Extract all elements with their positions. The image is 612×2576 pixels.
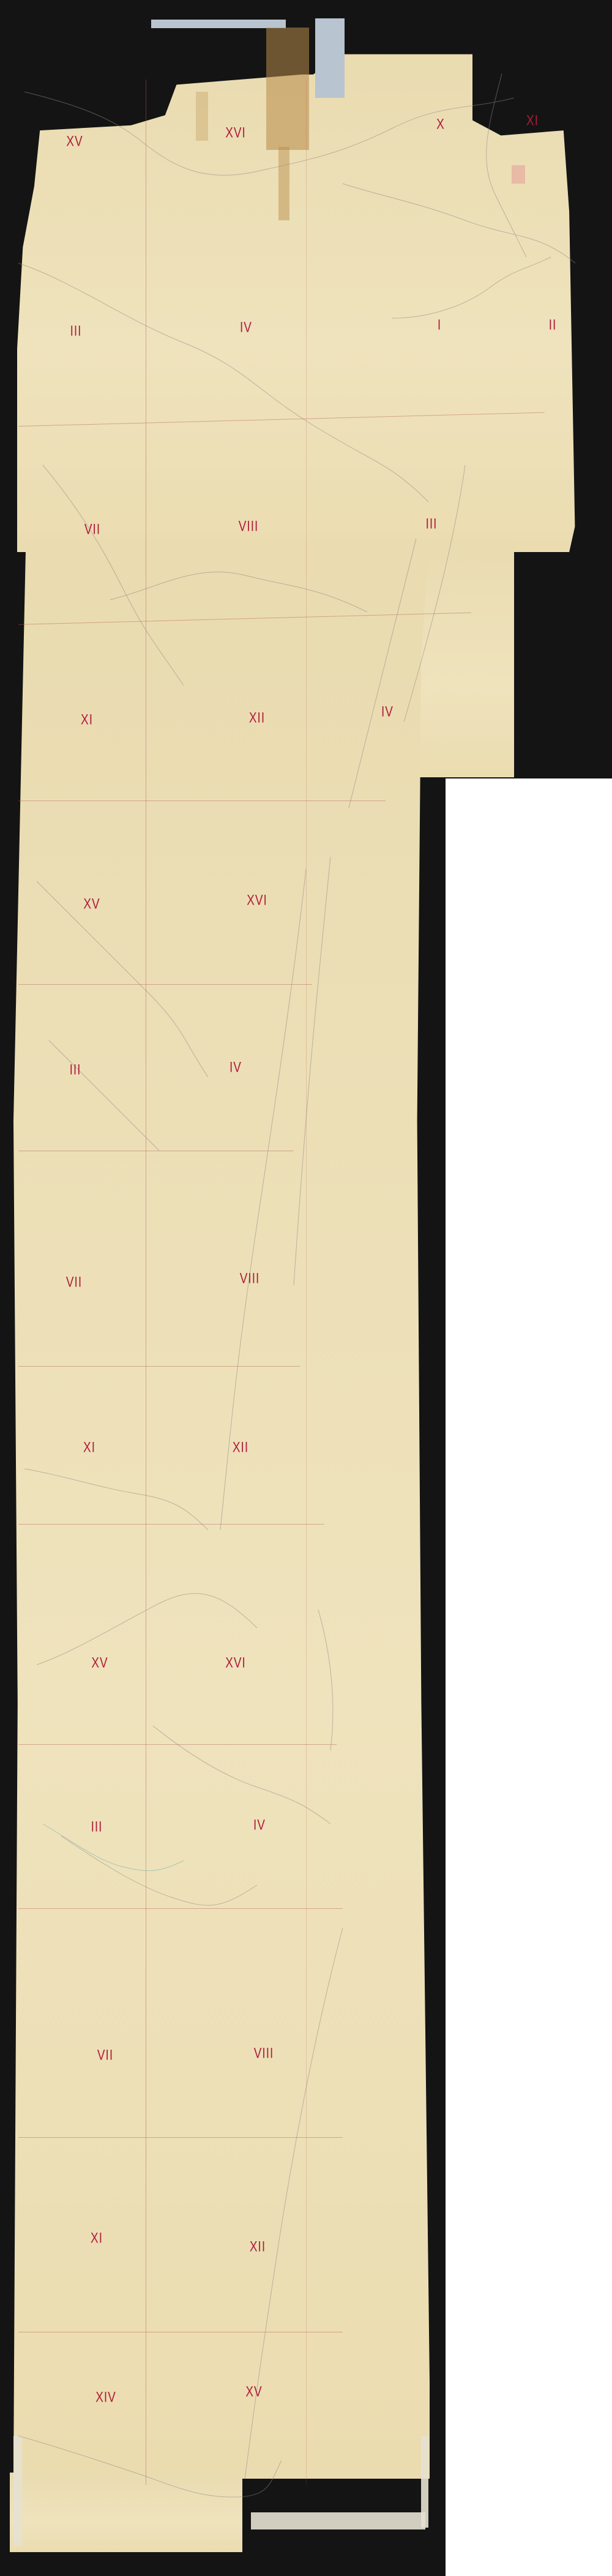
section-label: XVI [225, 125, 246, 142]
section-label: IV [253, 1817, 266, 1834]
section-label: XV [66, 133, 83, 151]
section-label: IV [240, 319, 252, 337]
section-label: VIII [254, 2045, 274, 2063]
section-label: XI [81, 712, 93, 729]
section-label: VII [66, 1274, 82, 1291]
section-label: XV [245, 2384, 262, 2401]
section-label: XII [250, 2239, 266, 2256]
section-label: XI [83, 1439, 95, 1457]
map-linework [0, 0, 612, 2576]
section-label: VII [84, 521, 100, 539]
section-label: III [70, 1062, 81, 1079]
section-label: XVI [225, 1655, 246, 1672]
section-label: VIII [239, 518, 259, 536]
section-label: XII [249, 710, 265, 727]
stream-line [43, 1824, 184, 1871]
river-line [24, 92, 514, 175]
section-label: III [426, 516, 438, 533]
section-label: XVI [247, 892, 267, 909]
section-label: IV [381, 704, 394, 721]
section-label: II [549, 317, 557, 334]
section-label: IV [229, 1059, 242, 1077]
section-label: VII [97, 2047, 113, 2064]
section-label: XV [83, 896, 100, 913]
section-label: III [91, 1819, 103, 1836]
section-label: X [436, 116, 445, 133]
section-label: XV [91, 1655, 108, 1672]
section-label: I [438, 317, 441, 334]
section-label: XI [526, 113, 539, 130]
section-label: XI [91, 2230, 103, 2247]
section-label: XII [233, 1439, 248, 1457]
section-label: VIII [240, 1271, 260, 1288]
section-label: III [70, 323, 82, 340]
section-label: XIV [95, 2389, 116, 2406]
